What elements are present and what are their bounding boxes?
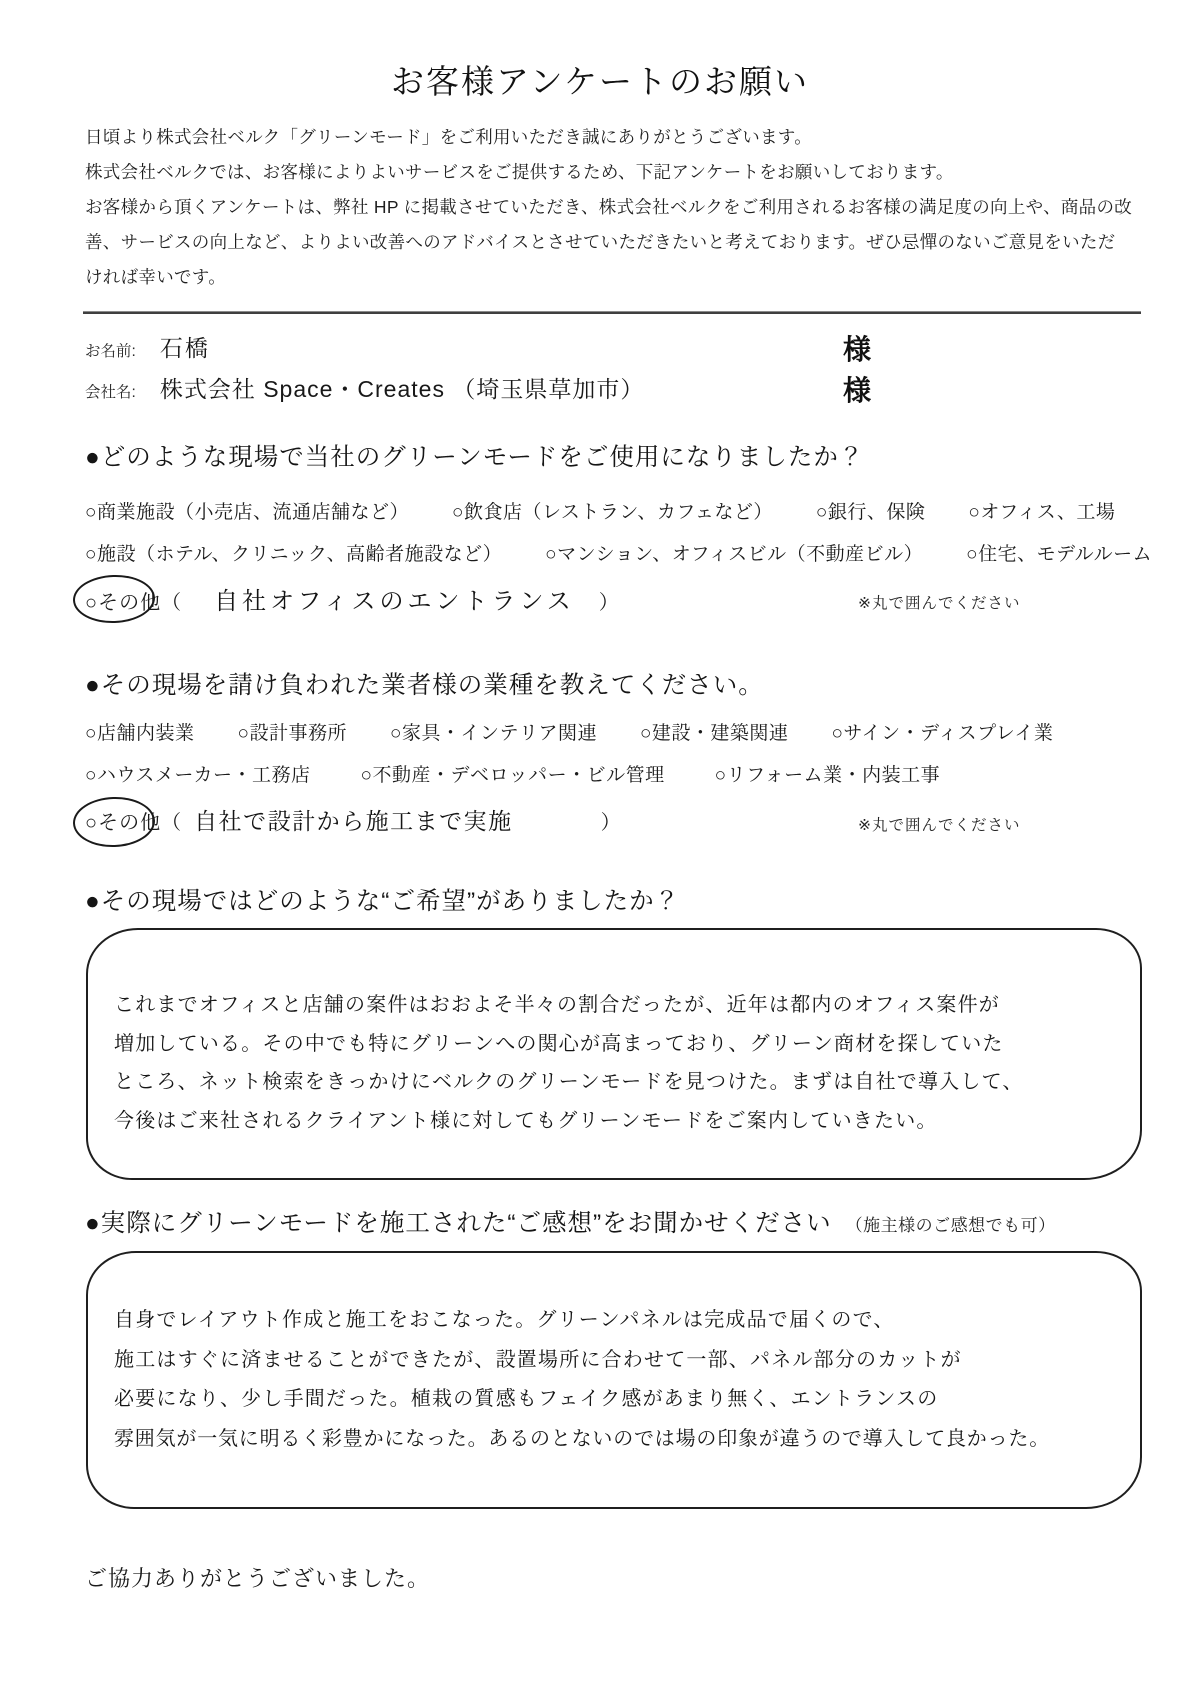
q4-heading: ●実際にグリーンモードを施工された“ご感想”をお聞かせください xyxy=(85,1204,832,1239)
q1-other-row: ○その他（ 自社オフィスのエントランス ） xyxy=(85,581,620,616)
name-value: 石橋 xyxy=(160,330,210,363)
closing-text: ご協力ありがとうございました。 xyxy=(85,1562,430,1593)
q1-option-restaurant: ○飲食店（レストラン、カフェなど） xyxy=(452,497,773,524)
q1-options-row-1: ○商業施設（小売店、流通店舗など） ○飲食店（レストラン、カフェなど） ○銀行、… xyxy=(85,497,1115,524)
q2-option-housemaker: ○ハウスメーカー・工務店 xyxy=(85,760,311,787)
q3-answer-line-3: ところ、ネット検索をきっかけにベルクのグリーンモードを見つけた。まずは自社で導入… xyxy=(114,1063,1112,1102)
q2-other-answer: 自社で設計から施工まで実施 xyxy=(194,803,513,836)
q2-option-furniture: ○家具・インテリア関連 xyxy=(390,718,597,745)
q1-option-commercial: ○商業施設（小売店、流通店舗など） xyxy=(85,497,409,524)
company-honorific: 様 xyxy=(843,369,871,409)
q3-answer-line-2: 増加している。その中でも特にグリーンへの関心が高まっており、グリーン商材を探して… xyxy=(114,1025,1112,1064)
q2-heading: ●その現場を請け負われた業者様の業種を教えてください。 xyxy=(85,666,764,701)
intro-text: 日頃より株式会社ベルク「グリーンモード」をご利用いただき誠にありがとうございます… xyxy=(85,120,1133,295)
intro-paragraph-1: 日頃より株式会社ベルク「グリーンモード」をご利用いただき誠にありがとうございます… xyxy=(85,120,1133,155)
q2-circle-annotation xyxy=(72,796,156,849)
q2-other-close: ） xyxy=(601,806,622,835)
q1-other-close: ） xyxy=(599,586,620,615)
q1-option-mansion: ○マンション、オフィスビル（不動産ビル） xyxy=(545,539,923,566)
q2-option-reform: ○リフォーム業・内装工事 xyxy=(715,760,941,787)
q1-option-office-factory: ○オフィス、工場 xyxy=(968,497,1115,524)
q4-answer-line-3: 必要になり、少し手間だった。植栽の質感もフェイク感があまり無く、エントランスの xyxy=(114,1380,1116,1420)
survey-document: お客様アンケートのお願い 日頃より株式会社ベルク「グリーンモード」をご利用いただ… xyxy=(0,0,1200,1687)
company-label: 会社名: xyxy=(85,380,136,402)
document-title: お客様アンケートのお願い xyxy=(0,56,1200,103)
q4-heading-note: （施主様のご感想でも可） xyxy=(846,1211,1056,1236)
q3-answer-line-4: 今後はご来社されるクライアント様に対してもグリーンモードをご案内していきたい。 xyxy=(114,1102,1112,1141)
q1-heading: ●どのような現場で当社のグリーンモードをご使用になりましたか？ xyxy=(85,438,864,473)
intro-paragraph-2: 株式会社ベルクでは、お客様によりよいサービスをご提供するため、下記アンケートをお… xyxy=(85,155,1133,190)
q3-answer-box: これまでオフィスと店舗の案件はおおよそ半々の割合だったが、近年は都内のオフィス案… xyxy=(86,928,1142,1180)
company-value: 株式会社 Space・Creates （埼玉県草加市） xyxy=(160,371,645,404)
q2-option-interior: ○店舗内装業 xyxy=(85,718,194,745)
q2-options-row-2: ○ハウスメーカー・工務店 ○不動産・デベロッパー・ビル管理 ○リフォーム業・内装… xyxy=(85,760,940,787)
q1-option-bank: ○銀行、保険 xyxy=(816,497,925,524)
q4-answer-box: 自身でレイアウト作成と施工をおこなった。グリーンパネルは完成品で届くので、 施工… xyxy=(86,1251,1142,1509)
q4-answer-line-1: 自身でレイアウト作成と施工をおこなった。グリーンパネルは完成品で届くので、 xyxy=(114,1301,1116,1341)
name-label: お名前: xyxy=(85,339,136,361)
q2-circle-note: ※丸で囲んでください xyxy=(858,813,1021,835)
q2-option-design-office: ○設計事務所 xyxy=(237,718,346,745)
q3-answer-line-1: これまでオフィスと店舗の案件はおおよそ半々の割合だったが、近年は都内のオフィス案… xyxy=(114,986,1112,1025)
name-row: お名前: 石橋 xyxy=(85,330,210,363)
q4-answer-line-2: 施工はすぐに済ませることができたが、設置場所に合わせて一部、パネル部分のカットが xyxy=(114,1341,1116,1381)
q1-option-facility: ○施設（ホテル、クリニック、高齢者施設など） xyxy=(85,539,502,566)
q3-heading: ●その現場ではどのような“ご希望”がありましたか？ xyxy=(85,882,680,917)
q2-option-construction: ○建設・建築関連 xyxy=(640,718,788,745)
q2-option-realestate: ○不動産・デベロッパー・ビル管理 xyxy=(361,760,665,787)
q1-circle-note: ※丸で囲んでください xyxy=(858,591,1021,613)
intro-paragraph-3: お客様から頂くアンケートは、弊社 HP に掲載させていただき、株式会社ベルクをご… xyxy=(85,190,1133,295)
q4-answer-line-4: 雰囲気が一気に明るく彩豊かになった。あるのとないのでは場の印象が違うので導入して… xyxy=(114,1420,1116,1460)
name-honorific: 様 xyxy=(843,328,871,368)
company-row: 会社名: 株式会社 Space・Creates （埼玉県草加市） xyxy=(85,371,644,404)
q2-other-row: ○その他（ 自社で設計から施工まで実施 ） xyxy=(85,803,622,836)
q4-heading-row: ●実際にグリーンモードを施工された“ご感想”をお聞かせください （施主様のご感想… xyxy=(85,1204,1056,1239)
section-divider xyxy=(83,311,1141,314)
q2-option-sign-display: ○サイン・ディスプレイ業 xyxy=(831,718,1053,745)
q1-option-residence: ○住宅、モデルルーム xyxy=(966,539,1152,566)
q2-options-row-1: ○店舗内装業 ○設計事務所 ○家具・インテリア関連 ○建設・建築関連 ○サイン・… xyxy=(85,718,1053,745)
q1-options-row-2: ○施設（ホテル、クリニック、高齢者施設など） ○マンション、オフィスビル（不動産… xyxy=(85,539,1152,566)
q1-other-answer: 自社オフィスのエントランス xyxy=(214,581,575,616)
